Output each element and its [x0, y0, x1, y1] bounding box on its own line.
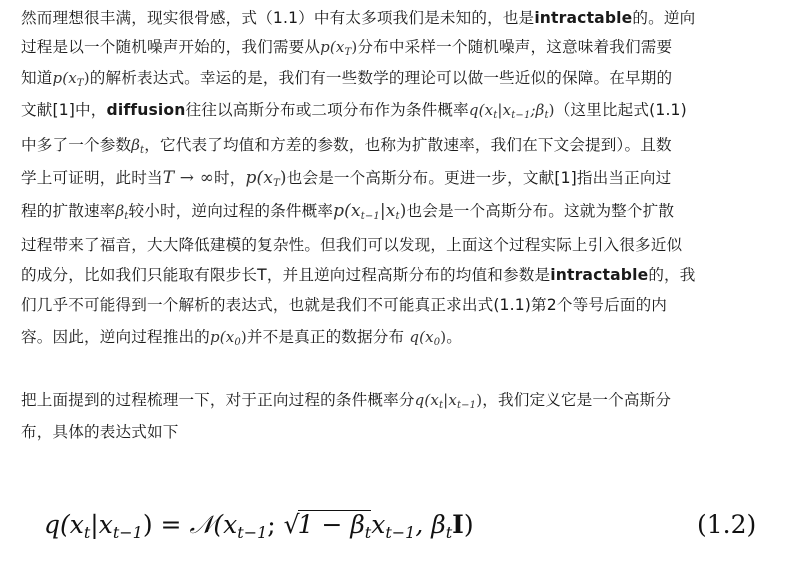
math-part: ): [400, 201, 407, 221]
text-line-7: 程的扩散速率βt较小时，逆向过程的条件概率p(xt−1|xt)也会是一个高斯分布…: [21, 199, 674, 223]
eq-equals: =: [153, 510, 190, 539]
text-line-6: 学上可证明，此时当T → ∞时，p(xT)也会是一个高斯分布。更进一步，文献[1…: [21, 166, 671, 190]
math-part: β: [115, 202, 124, 220]
math-part: |x: [497, 101, 511, 119]
math-part: p(x: [320, 38, 344, 56]
math-part: |x: [380, 201, 396, 221]
math-T-to-infinity: T → ∞: [163, 168, 214, 188]
eq-part: |x: [90, 510, 113, 539]
text-line-2: 过程是以一个随机噪声开始的，我们需要从p(xT)分布中采样一个随机噪声，这意味着…: [21, 35, 672, 59]
math-beta-t: βt: [115, 202, 128, 220]
text-segment: 分布中采样一个随机噪声，这意味着我们需要: [357, 38, 672, 56]
text-segment: 也会是一个高斯分布。这就为整个扩散: [407, 202, 675, 220]
term-intractable: intractable: [550, 266, 648, 284]
eq-normal: 𝒩(x: [189, 510, 237, 539]
text-line-11: 容。因此，逆向过程推出的p(x0)并不是真正的数据分布 q(x0)。: [21, 325, 462, 349]
eq-identity: I: [452, 510, 464, 539]
text-line-4: 文献[1]中，diffusion往往以高斯分布或二项分布作为条件概率q(xt|x…: [21, 98, 687, 122]
text-line-10: 们几乎不可能得到一个解析的表达式，也就是我们不可能真正求出式(1.1)第2个等号…: [21, 293, 667, 317]
text-segment: 过程是以一个随机噪声开始的，我们需要从: [21, 38, 320, 56]
text-segment: 容。因此，逆向过程推出的: [21, 328, 210, 346]
eq-part: , β: [415, 510, 445, 539]
text-segment: 布，具体的表达式如下: [21, 423, 178, 441]
text-line-3: 知道p(xT)的解析表达式。幸运的是，我们有一些数学的理论可以做一些近似的保障。…: [21, 66, 672, 90]
text-line-9: 的成分，比如我们只能取有限步长T，并且逆向过程高斯分布的均值和参数是intrac…: [21, 263, 696, 287]
math-part: p(x: [246, 168, 274, 188]
text-segment: 文献[1]中，: [21, 101, 107, 119]
math-sub: t−1: [361, 211, 380, 222]
math-part: ): [280, 168, 287, 188]
term-intractable: intractable: [534, 9, 632, 27]
text-segment: 。: [446, 328, 462, 346]
text-segment: 的，我: [648, 266, 695, 284]
math-p-xT: p(xT): [53, 69, 90, 87]
math-part: q(x: [469, 101, 493, 119]
math-part: ;β: [530, 101, 544, 119]
text-line-1: 然而理想很丰满，现实很骨感，式（1.1）中有太多项我们是未知的，也是intrac…: [21, 6, 695, 30]
math-p-xT: p(xT): [246, 168, 287, 188]
math-q-x0: q(x0): [409, 328, 446, 346]
display-equation: q(xt|xt−1) = 𝒩(xt−1; √1 − βtxt−1, βtI): [44, 507, 474, 543]
term-diffusion: diffusion: [107, 101, 186, 119]
text-segment: 的。逆向: [632, 9, 695, 27]
text-line-12: 把上面提到的过程梳理一下，对于正向过程的条件概率分q(xt|xt−1)，我们定义…: [21, 388, 671, 412]
text-segment: 中多了一个参数: [21, 136, 131, 154]
text-segment: （这里比起式(1.1): [555, 101, 687, 119]
eq-sub: t−1: [385, 523, 415, 542]
equation-number: (1.2): [697, 507, 756, 543]
math-part: p(x: [53, 69, 77, 87]
math-q-forward: q(xt|xt−1): [415, 391, 483, 409]
text-segment: 时，: [214, 169, 246, 187]
math-sub: T: [77, 78, 84, 89]
text-segment: 知道: [21, 69, 53, 87]
text-segment: 程的扩散速率: [21, 202, 115, 220]
eq-part: x: [371, 510, 385, 539]
eq-part: ): [143, 510, 153, 539]
math-sub: T: [273, 178, 280, 189]
text-segment: 把上面提到的过程梳理一下，对于正向过程的条件概率分: [21, 391, 415, 409]
text-segment: 也会是一个高斯分布。更进一步，文献[1]指出当正向过: [287, 169, 672, 187]
eq-sub: t−1: [237, 523, 267, 542]
text-segment: 的解析表达式。幸运的是，我们有一些数学的理论可以做一些近似的保障。在早期的: [90, 69, 673, 87]
math-beta-t: βt: [131, 136, 144, 154]
text-segment: 往往以高斯分布或二项分布作为条件概率: [185, 101, 468, 119]
sqrt-body: 1 − βt: [298, 510, 372, 538]
math-part: |x: [443, 391, 457, 409]
math-part: q(x: [415, 391, 439, 409]
math-p-reverse: p(xt−1|xt): [333, 201, 406, 221]
math-q-conditional: q(xt|xt−1;βt): [469, 101, 555, 119]
text-segment: 的成分，比如我们只能取有限步长T，并且逆向过程高斯分布的均值和参数是: [21, 266, 550, 284]
text-line-8: 过程带来了福音，大大降低建模的复杂性。但我们可以发现，上面这个过程实际上引入很多…: [21, 233, 682, 257]
eq-part: 1 − β: [298, 510, 365, 539]
math-p-xT: p(xT): [320, 38, 357, 56]
math-p-x0: p(x0): [210, 328, 247, 346]
math-part: p(x: [333, 201, 361, 221]
text-segment: ，我们定义它是一个高斯分: [482, 391, 671, 409]
math-part: q(x: [409, 328, 433, 346]
text-segment: 较小时，逆向过程的条件概率: [128, 202, 333, 220]
eq-sub: t−1: [113, 523, 143, 542]
text-line-13: 布，具体的表达式如下: [21, 420, 178, 444]
eq-part: q(x: [44, 510, 84, 539]
eq-part: ): [464, 510, 474, 539]
math-sub: t−1: [457, 400, 476, 411]
math-part: p(x: [210, 328, 234, 346]
text-segment: 们几乎不可能得到一个解析的表达式，也就是我们不可能真正求出式(1.1)第2个等号…: [21, 296, 667, 314]
text-segment: 学上可证明，此时当: [21, 169, 163, 187]
text-segment: ，它代表了均值和方差的参数，也称为扩散速率，我们在下文会提到）。且数: [144, 136, 672, 154]
text-segment: 然而理想很丰满，现实很骨感，式（1.1）中有太多项我们是未知的，也是: [21, 9, 534, 27]
text-segment: 过程带来了福音，大大降低建模的复杂性。但我们可以发现，上面这个过程实际上引入很多…: [21, 236, 682, 254]
text-segment: 并不是真正的数据分布: [247, 328, 410, 346]
math-part: β: [131, 136, 140, 154]
eq-part: ;: [267, 510, 283, 539]
text-line-5: 中多了一个参数βt，它代表了均值和方差的参数，也称为扩散速率，我们在下文会提到）…: [21, 133, 672, 157]
math-sub: t−1: [511, 110, 530, 121]
